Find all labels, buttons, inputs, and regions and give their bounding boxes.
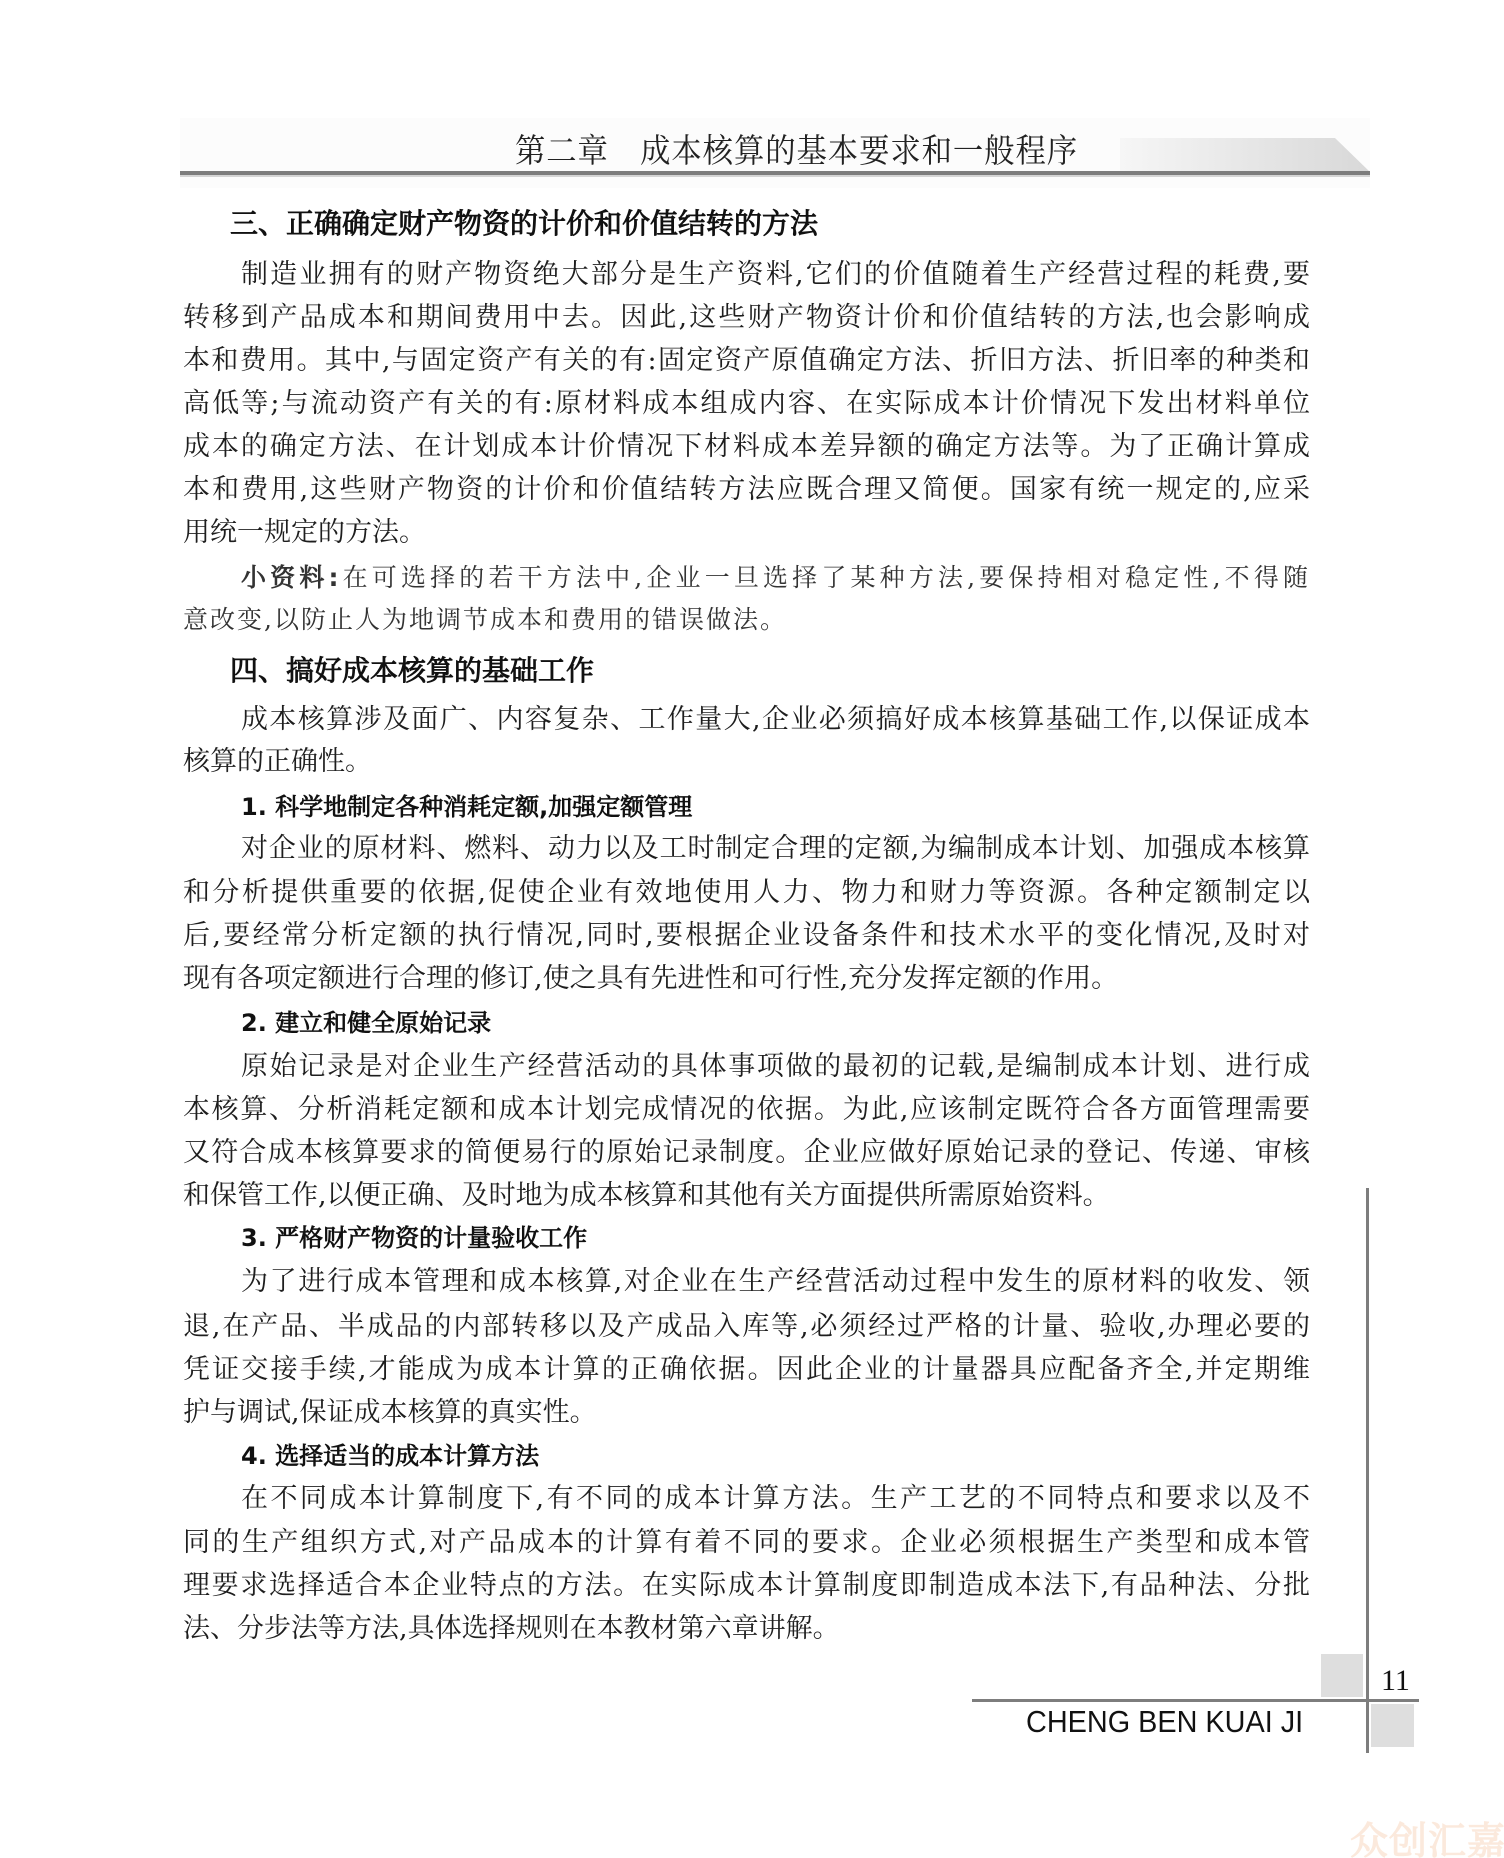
chapter-title: 第二章 成本核算的基本要求和一般程序 [515, 131, 1078, 171]
paragraph-line: 和分析提供重要的依据,促使企业有效地使用人力、物力和财力等资源。各种定额制定以 [183, 871, 1310, 914]
paragraph-line: 成本核算涉及面广、内容复杂、工作量大,企业必须搞好成本核算基础工作,以保证成本 [241, 698, 1310, 741]
paragraph-line: 后,要经常分析定额的执行情况,同时,要根据企业设备条件和技术水平的变化情况,及时… [183, 914, 1310, 957]
note-text: 在可选择的若干方法中,企业一旦选择了某种方法,要保持相对稳定性,不得随 [340, 563, 1310, 592]
paragraph-line: 转移到产品成本和期间费用中去。因此,这些财产物资计价和价值结转的方法,也会影响成 [183, 296, 1310, 339]
paragraph-line: 法、分步法等方法,具体选择规则在本教材第六章讲解。 [183, 1607, 1310, 1650]
margin-vertical-rule [1366, 1188, 1369, 1753]
paragraph-line: 退,在产品、半成品的内部转移以及产成品入库等,必须经过严格的计量、验收,办理必要… [183, 1305, 1310, 1348]
header-rule-shadow [180, 175, 1370, 177]
subheading-1: 1. 科学地制定各种消耗定额,加强定额管理 [241, 786, 692, 829]
paragraph-line: 原始记录是对企业生产经营活动的具体事项做的最初的记载,是编制成本计划、进行成 [241, 1045, 1310, 1088]
section-heading-3: 三、正确确定财产物资的计价和价值结转的方法 [230, 202, 818, 245]
paragraph-line: 现有各项定额进行合理的修订,使之具有先进性和可行性,充分发挥定额的作用。 [183, 957, 1310, 1000]
paragraph-line: 理要求选择适合本企业特点的方法。在实际成本计算制度即制造成本法下,有品种法、分批 [183, 1564, 1310, 1607]
paragraph-line: 又符合成本核算要求的简便易行的原始记录制度。企业应做好原始记录的登记、传递、审核 [183, 1131, 1310, 1174]
subheading-4: 4. 选择适当的成本计算方法 [241, 1435, 539, 1478]
header-wedge-decoration [1120, 138, 1370, 172]
paragraph-line: 核算的正确性。 [183, 740, 1310, 783]
footer-gray-square-decoration [1371, 1704, 1414, 1747]
paragraph-line: 护与调试,保证成本核算的真实性。 [183, 1391, 1310, 1434]
paragraph-line: 凭证交接手续,才能成为成本计算的正确依据。因此企业的计量器具应配备齐全,并定期维 [183, 1348, 1310, 1391]
book-page: 第二章 成本核算的基本要求和一般程序 三、正确确定财产物资的计价和价值结转的方法… [0, 0, 1504, 1858]
subheading-2: 2. 建立和健全原始记录 [241, 1002, 491, 1045]
note-label: 小资料: [241, 563, 340, 592]
section-heading-4: 四、搞好成本核算的基础工作 [230, 649, 594, 692]
footer-gray-square-decoration [1321, 1654, 1363, 1697]
paragraph-line: 用统一规定的方法。 [183, 511, 1310, 554]
note-line: 意改变,以防止人为地调节成本和费用的错误做法。 [183, 598, 1310, 641]
paragraph-line: 本和费用。其中,与固定资产有关的有:固定资产原值确定方法、折旧方法、折旧率的种类… [183, 339, 1310, 382]
paragraph-line: 本和费用,这些财产物资的计价和价值结转方法应既合理又简便。国家有统一规定的,应采 [183, 468, 1310, 511]
paragraph-line: 和保管工作,以便正确、及时地为成本核算和其他有关方面提供所需原始资料。 [183, 1174, 1310, 1217]
paragraph-line: 在不同成本计算制度下,有不同的成本计算方法。生产工艺的不同特点和要求以及不 [241, 1477, 1310, 1520]
paragraph-line: 成本的确定方法、在计划成本计价情况下材料成本差异额的确定方法等。为了正确计算成 [183, 425, 1310, 468]
paragraph-line: 对企业的原材料、燃料、动力以及工时制定合理的定额,为编制成本计划、加强成本核算 [241, 827, 1310, 870]
paragraph-line: 高低等;与流动资产有关的有:原材料成本组成内容、在实际成本计价情况下发出材料单位 [183, 382, 1310, 425]
page-number: 11 [1381, 1664, 1410, 1698]
paragraph-line: 为了进行成本管理和成本核算,对企业在生产经营活动过程中发生的原材料的收发、领 [241, 1260, 1310, 1303]
watermark: 众创汇嘉 [1350, 1810, 1504, 1858]
running-footer-title: CHENG BEN KUAI JI [1026, 1704, 1325, 1740]
note-line: 小资料:在可选择的若干方法中,企业一旦选择了某种方法,要保持相对稳定性,不得随 [241, 556, 1310, 599]
paragraph-line: 同的生产组织方式,对产品成本的计算有着不同的要求。企业必须根据生产类型和成本管 [183, 1521, 1310, 1564]
subheading-3: 3. 严格财产物资的计量验收工作 [241, 1217, 587, 1260]
paragraph-line: 本核算、分析消耗定额和成本计划完成情况的依据。为此,应该制定既符合各方面管理需要 [183, 1088, 1310, 1131]
paragraph-line: 制造业拥有的财产物资绝大部分是生产资料,它们的价值随着生产经营过程的耗费,要 [241, 253, 1310, 296]
footer-rule [972, 1699, 1419, 1702]
